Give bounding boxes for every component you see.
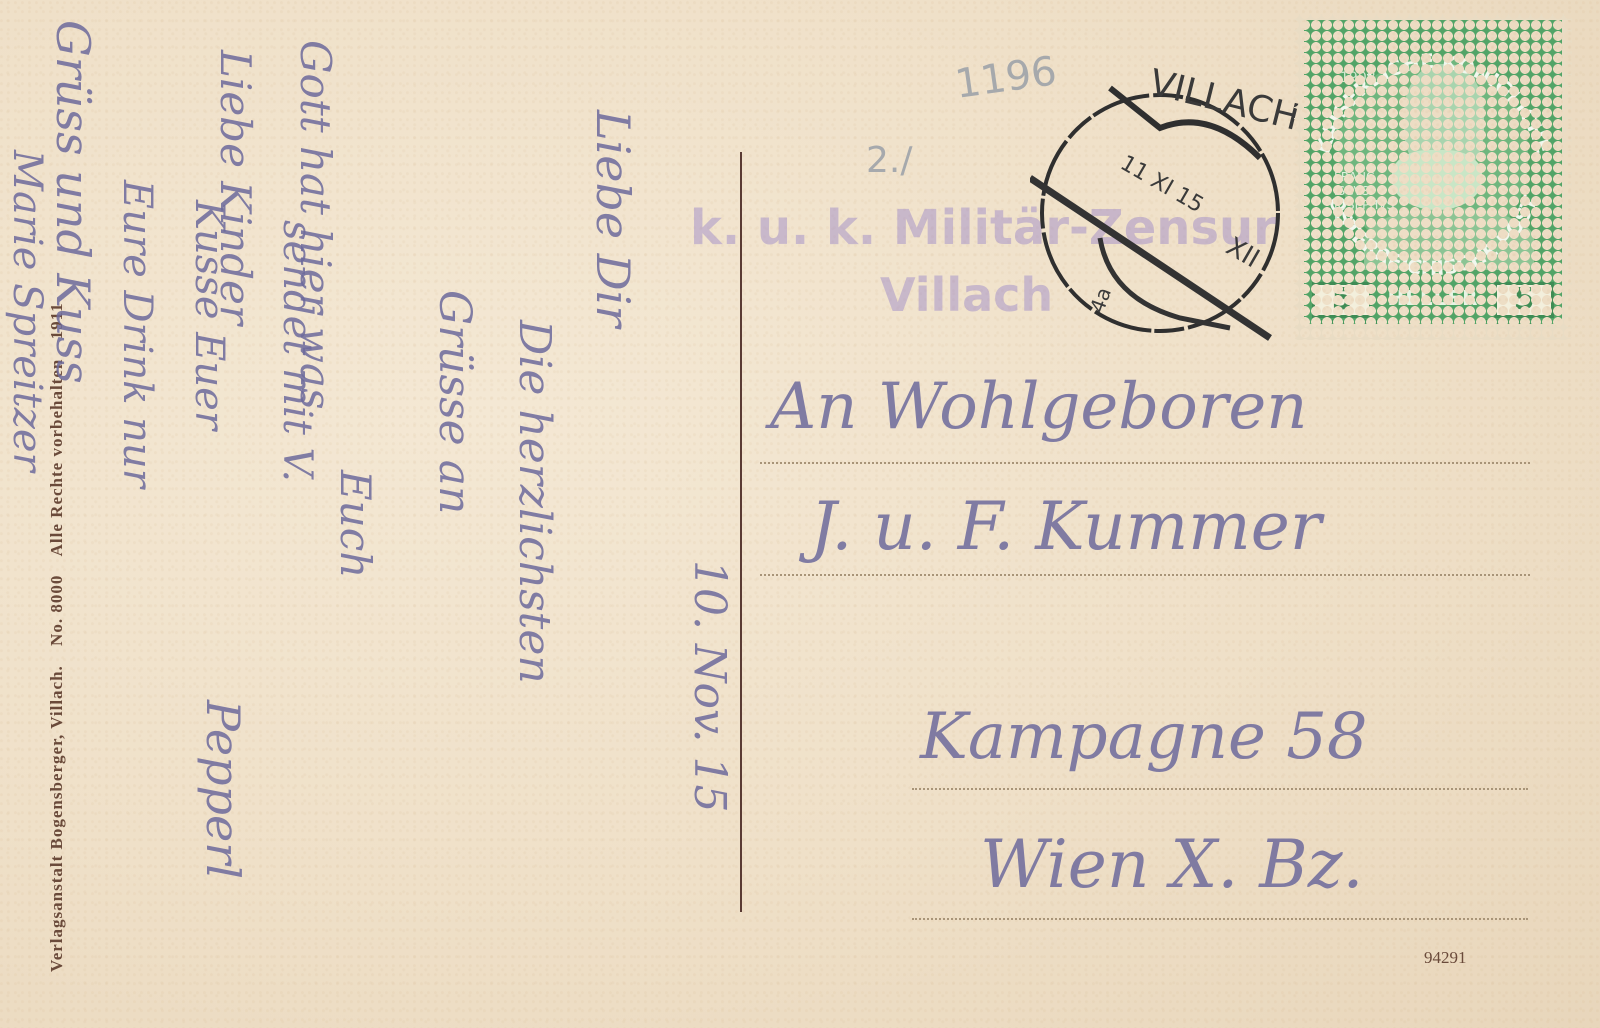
message-column-3: Eure Drink nur — [114, 180, 160, 488]
message-column-1: Grüss und Kuss — [46, 20, 100, 384]
stamp-engraver-left: KOLOMAN MOSER — [1318, 318, 1380, 326]
message-column-7: Gott hat hier was — [291, 40, 340, 410]
address-salutation: An Wohlgeboren — [770, 370, 1307, 444]
address-line-4 — [912, 918, 1528, 920]
censor-handstamp-line2: Villach — [880, 268, 1053, 322]
message-signature: Pepperl — [196, 700, 250, 879]
message-date: 10. Nov. 15 — [684, 560, 735, 813]
message-column-8: Euch — [331, 470, 380, 578]
message-column-2: Marie Spreitzer — [4, 150, 50, 472]
message-column-10: Die herzlichsten — [509, 320, 560, 684]
postcard-back: Verlagsanstalt Bogensberger, Villach. No… — [0, 0, 1600, 1028]
pencil-mark: 2./ — [866, 140, 912, 181]
address-line-1 — [760, 462, 1530, 464]
stamp-frame: KAISERLICHE KÖNIGLICHE ÖSTERREICHISCHE P… — [1304, 20, 1562, 324]
stamp-portrait-name: FRANC ISCVS JOSEPHVS I. — [1334, 170, 1394, 226]
catalog-number: No. 8000 — [47, 575, 66, 646]
address-city: Wien X. Bz. — [980, 826, 1364, 903]
address-recipient: J. u. F. Kummer — [810, 488, 1321, 565]
message-column-11: Liebe Dir — [586, 110, 640, 327]
stamp-engraver-right: F. SCHIRNBÖCK — [1484, 318, 1538, 326]
stamp-ring-inscription: KAISERLICHE KÖNIGLICHE ÖSTERREICHISCHE P… — [1304, 20, 1562, 290]
stamp-year: 1908 — [1340, 70, 1376, 86]
message-column-9: Grüsse an — [429, 290, 480, 514]
stamp-value-right: 5 — [1494, 282, 1554, 318]
stamp-value-left: 5 — [1312, 282, 1372, 318]
publisher-name: Verlagsanstalt Bogensberger, Villach. — [47, 665, 66, 972]
address-line-3 — [912, 788, 1528, 790]
publisher-imprint: Verlagsanstalt Bogensberger, Villach. No… — [47, 288, 67, 972]
villach-postmark: VILLACH 11 XI 15 XII 4a — [1030, 68, 1320, 358]
message-column-5: Liebe Kinder — [211, 50, 260, 325]
svg-text:KAISERLICHE KÖNIGLICHE: KAISERLICHE KÖNIGLICHE — [1310, 49, 1555, 156]
stamp-currency: HELLER — [1376, 286, 1490, 310]
address-street: Kampagne 58 — [920, 700, 1368, 774]
address-line-2 — [760, 574, 1530, 576]
postage-stamp: KAISERLICHE KÖNIGLICHE ÖSTERREICHISCHE P… — [1294, 14, 1572, 340]
card-divider-line — [740, 152, 742, 912]
card-serial-number: 94291 — [1424, 948, 1467, 968]
